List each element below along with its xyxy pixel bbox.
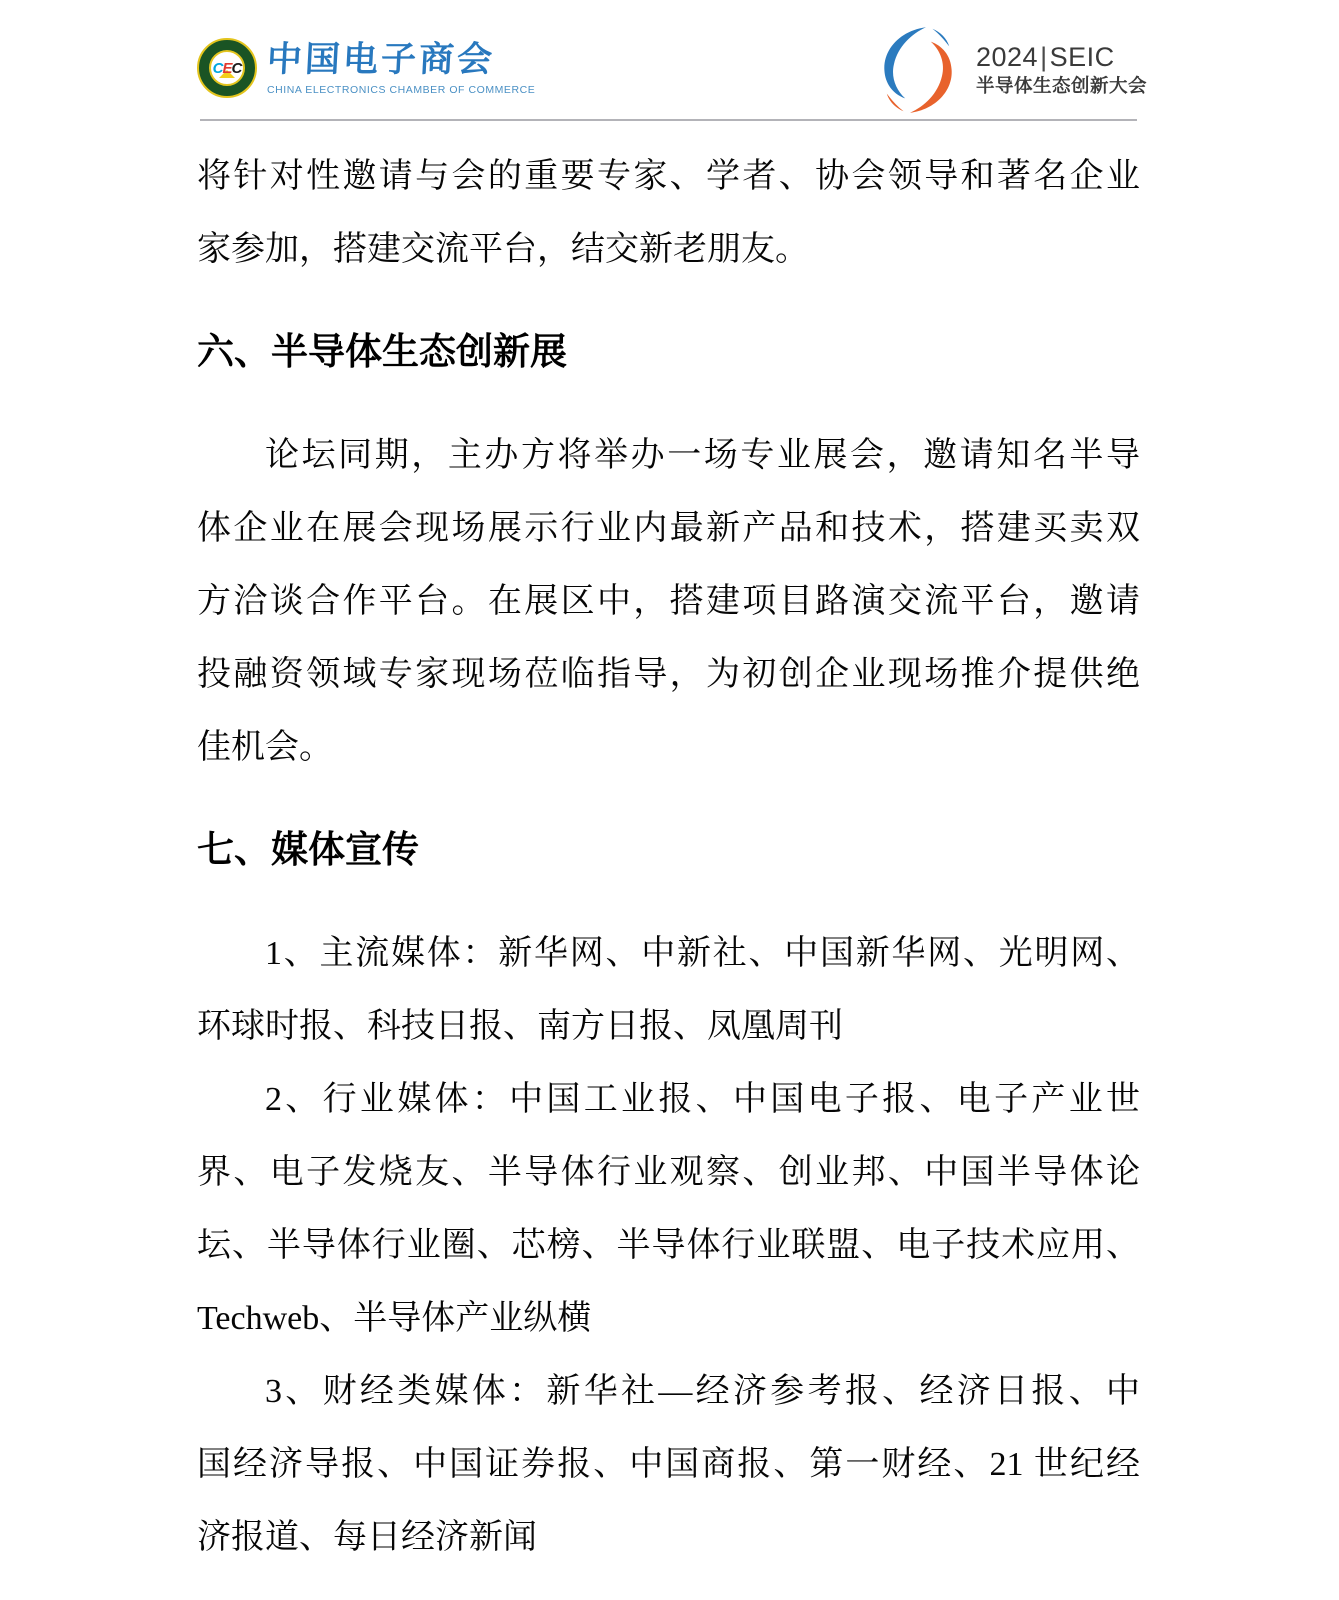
text-line: 2、行业媒体：中国工业报、中国电子报、电子产业世	[197, 1063, 1140, 1136]
text-line: 环球时报、科技日报、南方日报、凤凰周刊	[197, 990, 1140, 1063]
text-line: 坛、半导体行业圈、芯榜、半导体行业联盟、电子技术应用、	[197, 1209, 1140, 1282]
logo-separator: |	[1038, 42, 1050, 72]
text-line: 方洽谈合作平台。在展区中，搭建项目路演交流平台，邀请	[197, 565, 1140, 638]
cecc-badge-icon: CEC	[197, 38, 257, 98]
document-page: CEC 中国电子商会 CHINA ELECTRONICS CHAMBER OF …	[0, 0, 1339, 1600]
cecc-name-en: CHINA ELECTRONICS CHAMBER OF COMMERCE	[267, 84, 535, 96]
text-line: 佳机会。	[197, 711, 1140, 784]
para-media-industry: 2、行业媒体：中国工业报、中国电子报、电子产业世 界、电子发烧友、半导体行业观察…	[197, 1063, 1140, 1355]
badge-letter: C	[213, 60, 223, 77]
text-line: 家参加，搭建交流平台，结交新老朋友。	[197, 213, 1140, 286]
document-body: 将针对性邀请与会的重要专家、学者、协会领导和著名企业 家参加，搭建交流平台，结交…	[197, 140, 1140, 1574]
para-intro: 将针对性邀请与会的重要专家、学者、协会领导和著名企业 家参加，搭建交流平台，结交…	[197, 140, 1140, 286]
cecc-name-zh: 中国电子商会	[266, 38, 537, 82]
seic-logo: 2024|SEIC 半导体生态创新大会	[876, 24, 1147, 116]
text-line: 国经济导报、中国证券报、中国商报、第一财经、21 世纪经	[197, 1428, 1140, 1501]
badge-letter: C	[232, 60, 242, 77]
header-divider	[200, 119, 1137, 121]
text-line: 将针对性邀请与会的重要专家、学者、协会领导和著名企业	[197, 140, 1140, 213]
text-line: 界、电子发烧友、半导体行业观察、创业邦、中国半导体论	[197, 1136, 1140, 1209]
para-expo: 论坛同期，主办方将举办一场专业展会，邀请知名半导 体企业在展会现场展示行业内最新…	[197, 419, 1140, 784]
seic-abbr: SEIC	[1050, 42, 1115, 72]
seic-title: 半导体生态创新大会	[976, 74, 1147, 98]
text-line: 济报道、每日经济新闻	[197, 1501, 1140, 1574]
heading-seven: 七、媒体宣传	[197, 814, 1140, 887]
heading-six: 六、半导体生态创新展	[197, 316, 1140, 389]
text-line: 体企业在展会现场展示行业内最新产品和技术，搭建买卖双	[197, 492, 1140, 565]
seic-year: 2024	[976, 42, 1038, 72]
para-media-finance: 3、财经类媒体：新华社—经济参考报、经济日报、中 国经济导报、中国证券报、中国商…	[197, 1355, 1140, 1574]
text-line: 1、主流媒体：新华网、中新社、中国新华网、光明网、	[197, 917, 1140, 990]
cecc-logo: CEC 中国电子商会 CHINA ELECTRONICS CHAMBER OF …	[197, 38, 535, 98]
badge-letter: E	[222, 60, 231, 77]
para-media-mainstream: 1、主流媒体：新华网、中新社、中国新华网、光明网、 环球时报、科技日报、南方日报…	[197, 917, 1140, 1063]
seic-swirl-icon	[876, 24, 960, 116]
seic-wordmark: 2024|SEIC	[976, 42, 1147, 72]
text-line: 论坛同期，主办方将举办一场专业展会，邀请知名半导	[197, 419, 1140, 492]
text-line: Techweb、半导体产业纵横	[197, 1282, 1140, 1355]
text-line: 投融资领域专家现场莅临指导，为初创企业现场推介提供绝	[197, 638, 1140, 711]
text-line: 3、财经类媒体：新华社—经济参考报、经济日报、中	[197, 1355, 1140, 1428]
